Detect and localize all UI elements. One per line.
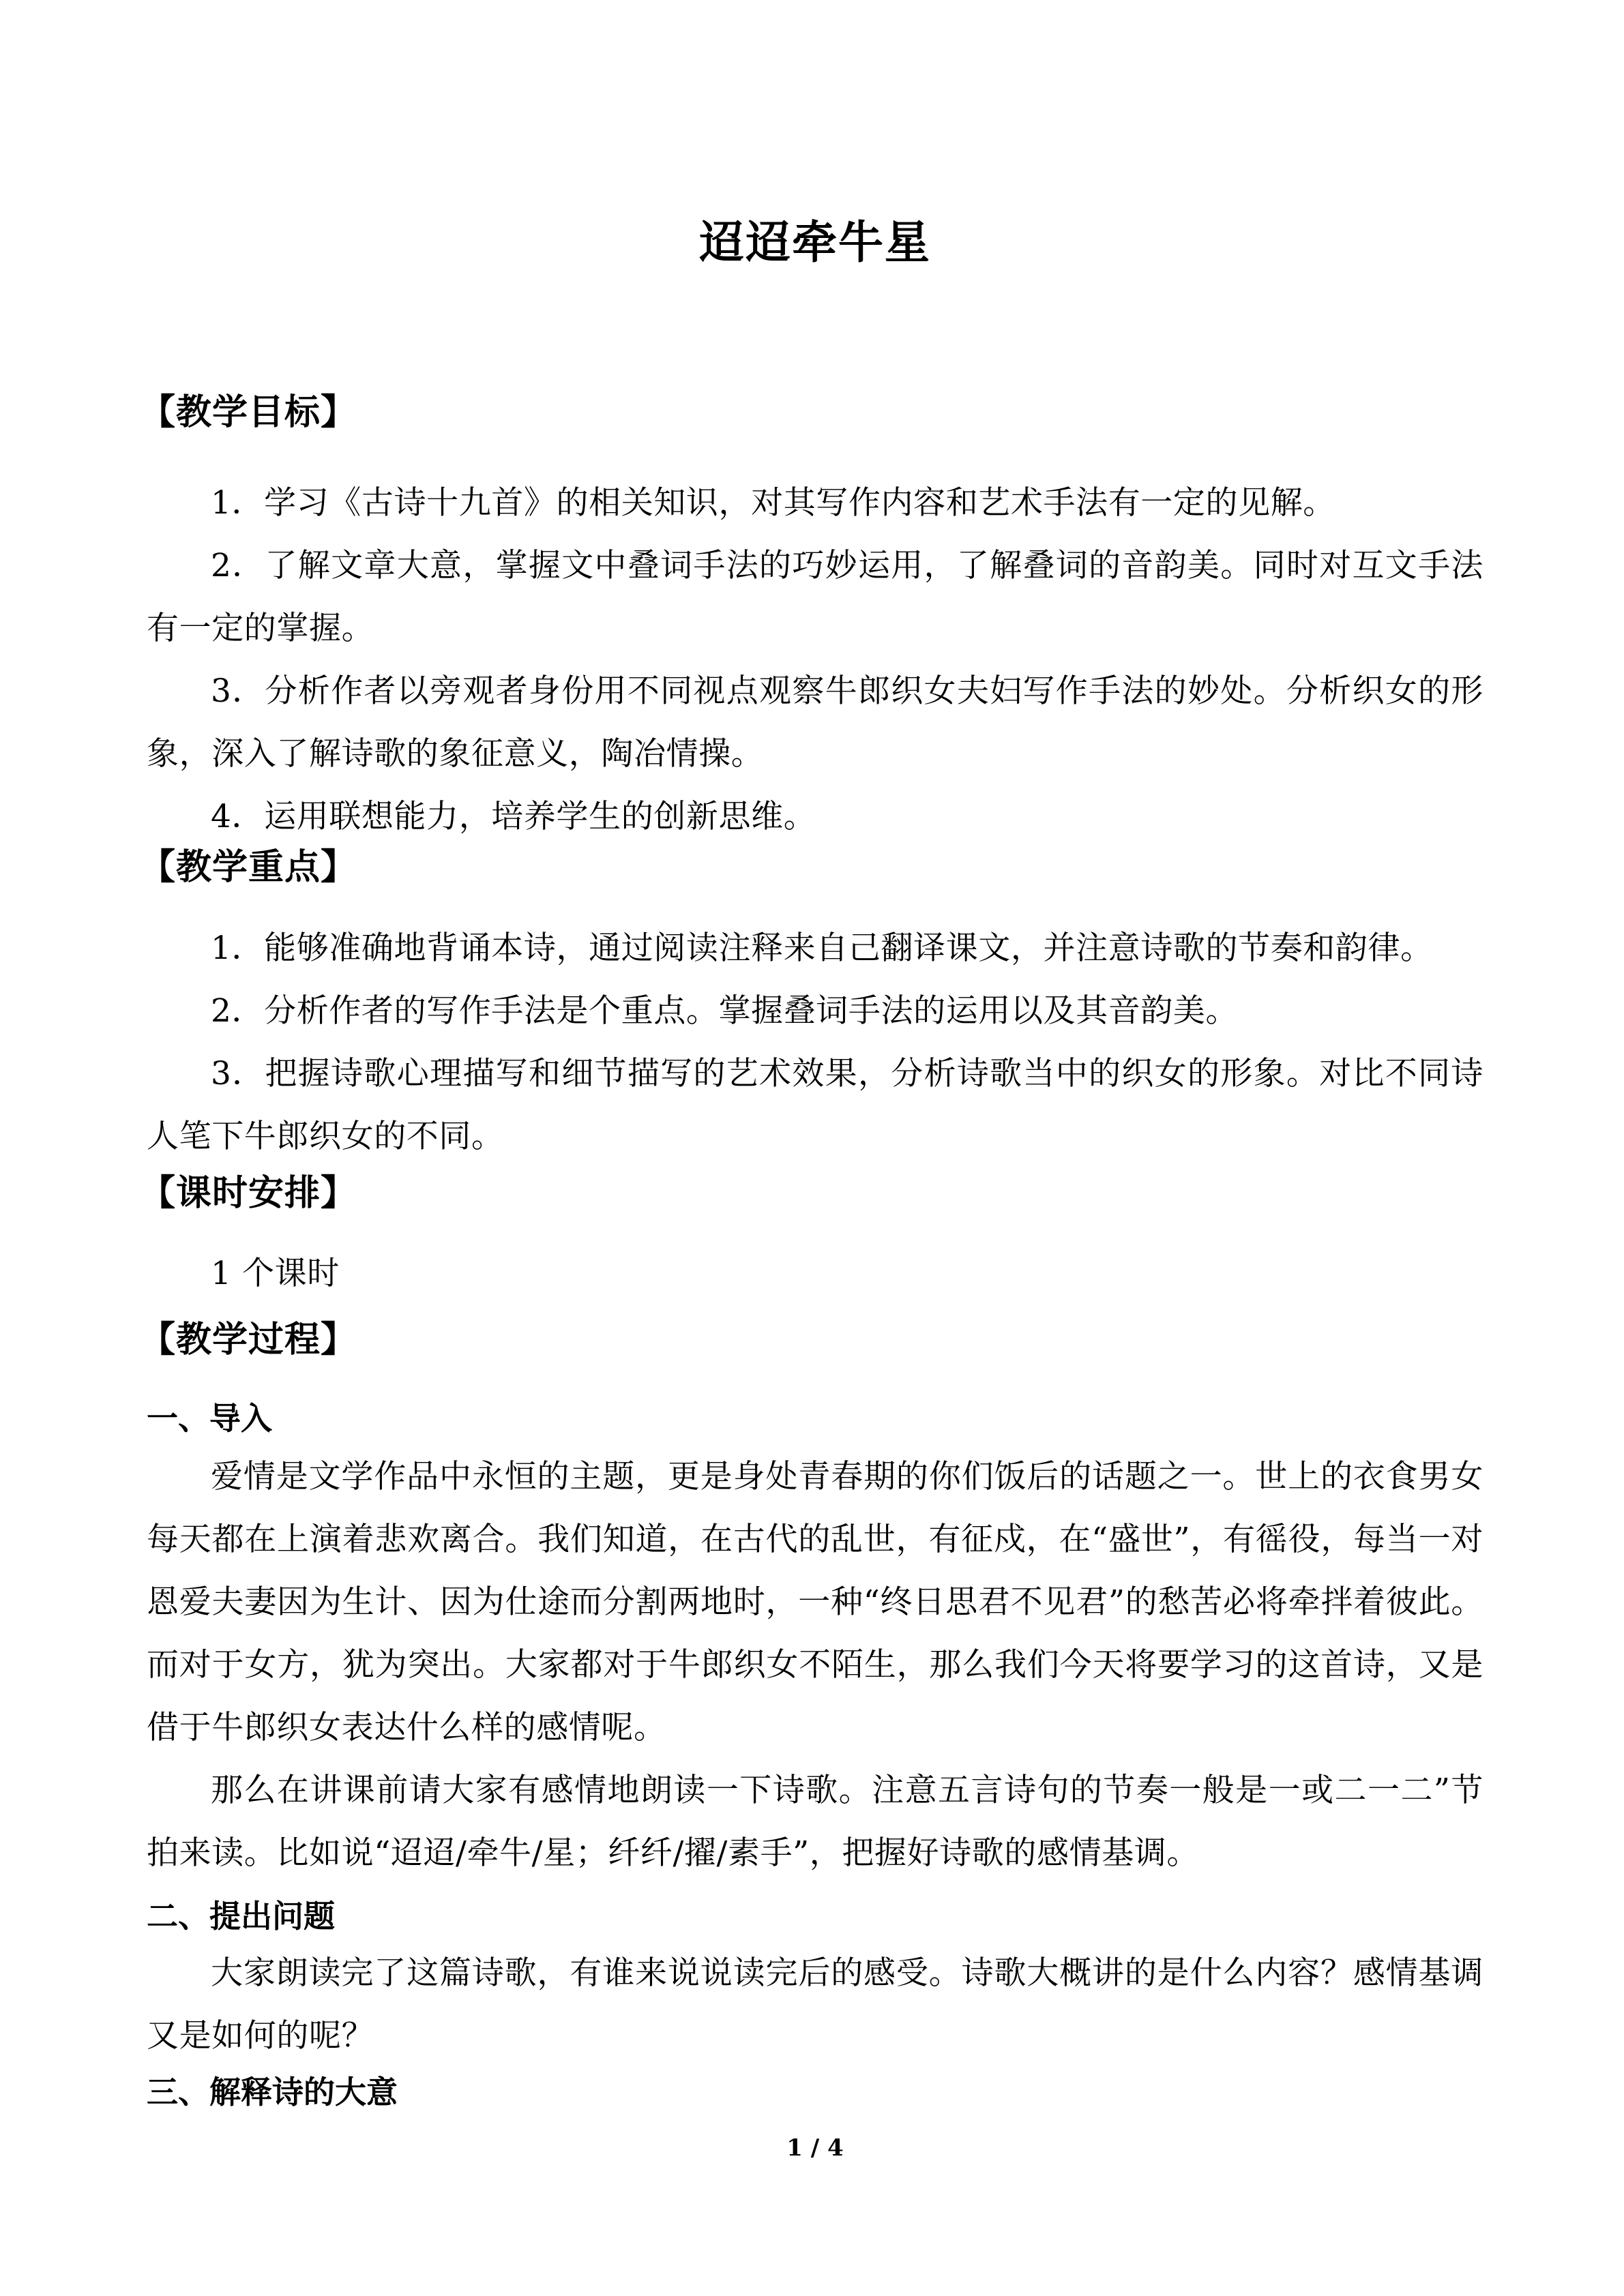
introduction-paragraph-1: 爱情是文学作品中永恒的主题，更是身处青春期的你们饭后的话题之一。世上的衣食男女每…: [147, 1446, 1483, 1759]
schedule-item-1: 1 个课时: [147, 1242, 1483, 1305]
raise-questions-paragraph-1: 大家朗读完了这篇诗歌，有谁来说说读完后的感受。诗歌大概讲的是什么内容？感情基调又…: [147, 1942, 1483, 2068]
focus-item-3: 3．把握诗歌心理描写和细节描写的艺术效果，分析诗歌当中的织女的形象。对比不同诗人…: [147, 1043, 1483, 1168]
introduction-paragraph-2: 那么在讲课前请大家有感情地朗读一下诗歌。注意五言诗句的节奏一般是一或二一二”节拍…: [147, 1759, 1483, 1885]
page-indicator: 1 / 4: [147, 2131, 1483, 2165]
section-heading-class-schedule: 【课时安排】: [140, 1166, 357, 1221]
objective-item-4: 4．运用联想能力，培养学生的创新思维。: [147, 786, 1483, 848]
section-heading-teaching-process: 【教学过程】: [140, 1313, 357, 1367]
focus-item-2: 2．分析作者的写作手法是个重点。掌握叠词手法的运用以及其音韵美。: [147, 980, 1483, 1043]
section-heading-teaching-objectives: 【教学目标】: [140, 385, 357, 440]
objective-item-2: 2．了解文章大意，掌握文中叠词手法的巧妙运用，了解叠词的音韵美。同时对互文手法有…: [147, 535, 1483, 660]
objective-item-1: 1．学习《古诗十九首》的相关知识，对其写作内容和艺术手法有一定的见解。: [147, 472, 1483, 535]
subsection-heading-explain-meaning: 三、解释诗的大意: [147, 2065, 398, 2119]
focus-item-1: 1．能够准确地背诵本诗，通过阅读注释来自己翻译课文，并注意诗歌的节奏和韵律。: [147, 917, 1483, 980]
document-title: 迢迢牵牛星: [147, 208, 1483, 276]
section-heading-teaching-focus: 【教学重点】: [140, 840, 357, 895]
objective-item-3: 3．分析作者以旁观者身份用不同视点观察牛郎织女夫妇写作手法的妙处。分析织女的形象…: [147, 660, 1483, 786]
subsection-heading-raise-questions: 二、提出问题: [147, 1889, 335, 1943]
subsection-heading-introduction: 一、导入: [147, 1391, 272, 1446]
